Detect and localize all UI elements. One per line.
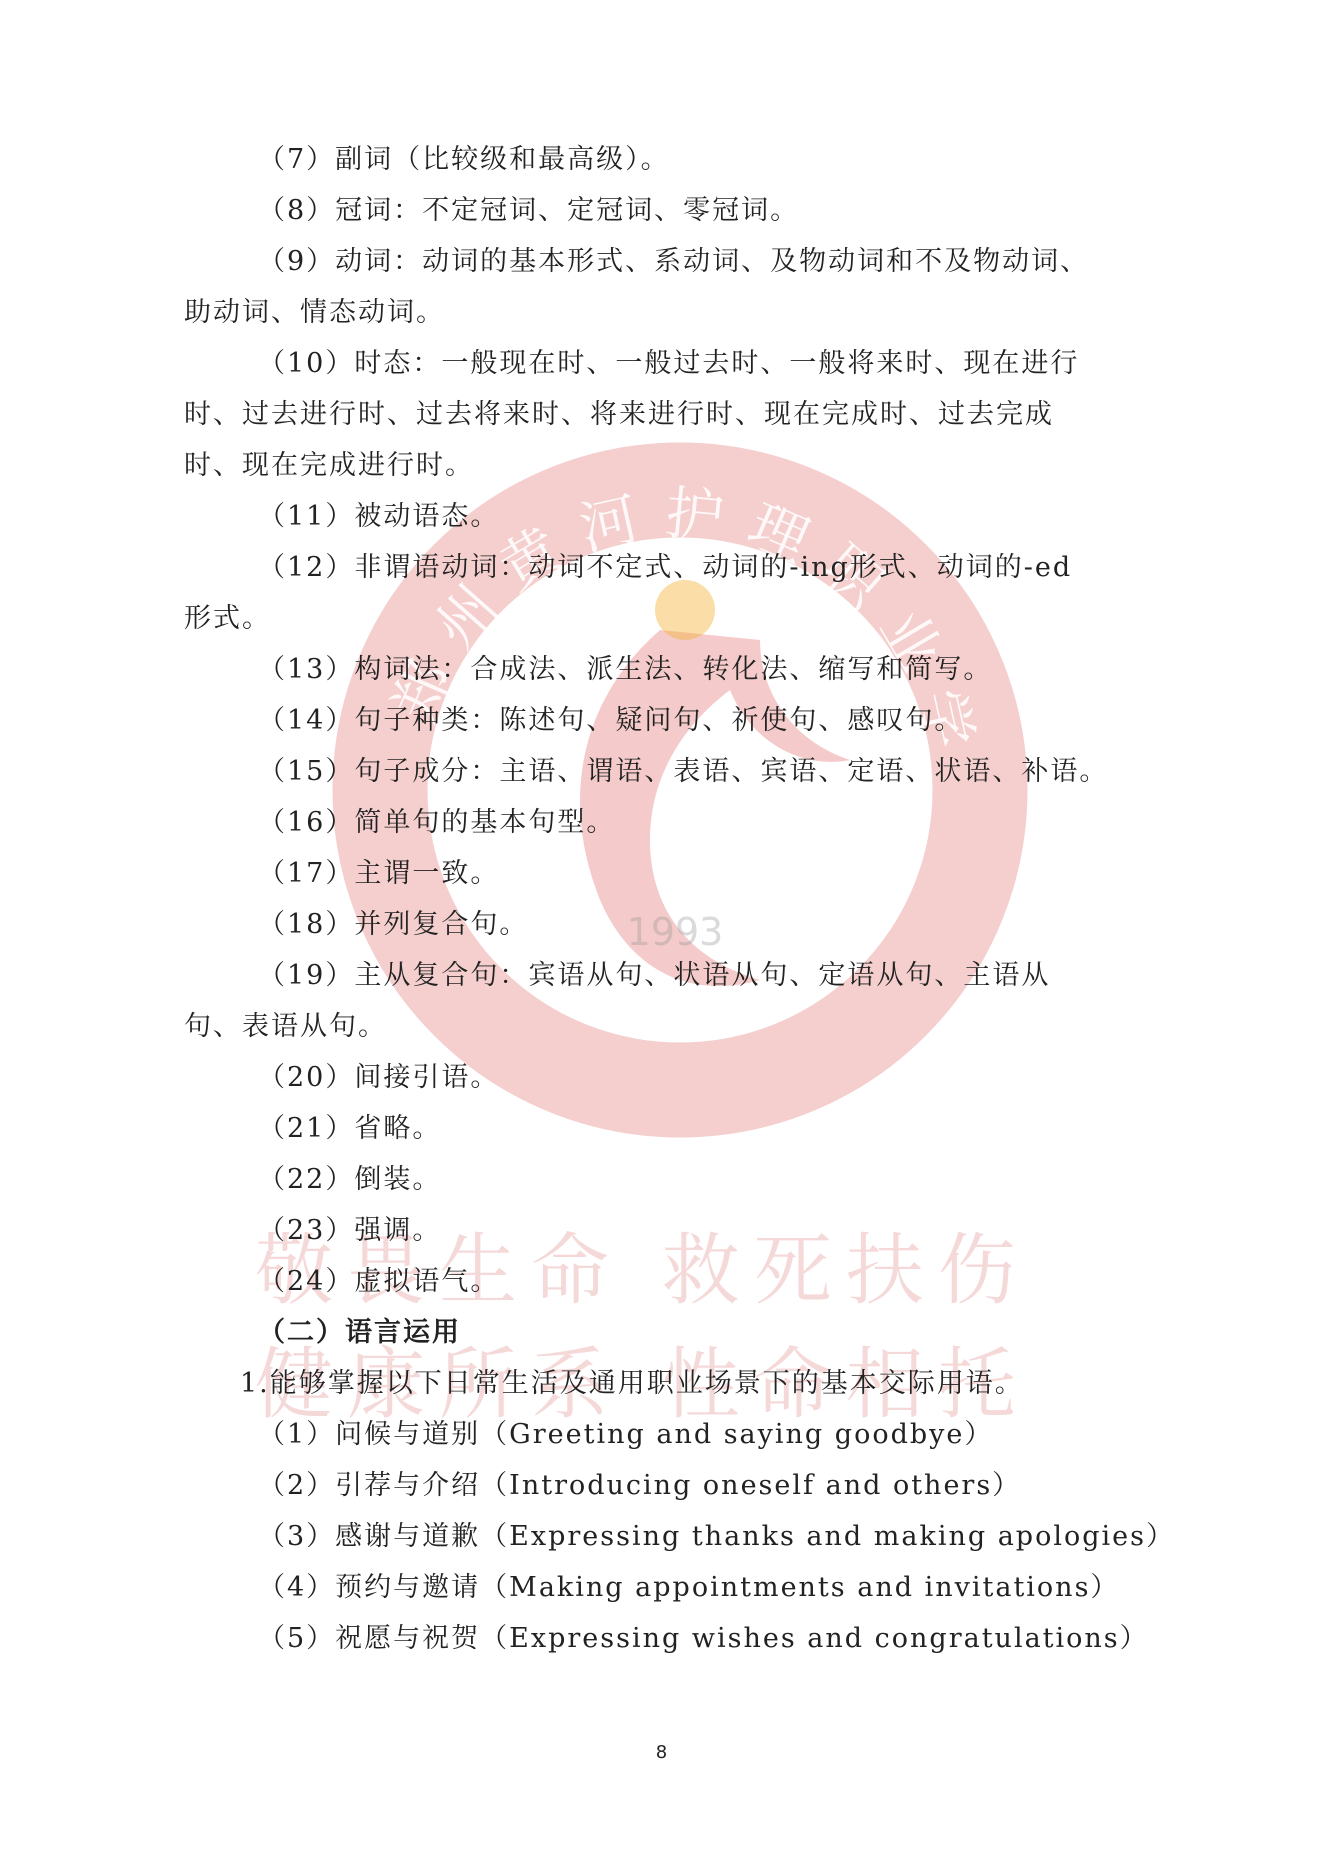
text-line: 时、过去进行时、过去将来时、将来进行时、现在完成时、过去完成: [184, 395, 1054, 435]
text-line: （4）预约与邀请（Making appointments and invitat…: [258, 1568, 1119, 1608]
text-line: （18）并列复合句。: [258, 905, 528, 945]
text-line: （20）间接引语。: [258, 1058, 499, 1098]
text-line: （22）倒装。: [258, 1160, 441, 1200]
text-line: （9）动词：动词的基本形式、系动词、及物动词和不及物动词、: [258, 242, 1089, 282]
text-line: （15）句子成分：主语、谓语、表语、宾语、定语、状语、补语。: [258, 752, 1108, 792]
text-line: （10）时态：一般现在时、一般过去时、一般将来时、现在进行: [258, 344, 1079, 384]
text-line: （5）祝愿与祝贺（Expressing wishes and congratul…: [258, 1619, 1149, 1659]
text-line: （13）构词法：合成法、派生法、转化法、缩写和简写。: [258, 650, 992, 690]
text-line: （8）冠词：不定冠词、定冠词、零冠词。: [258, 191, 799, 231]
text-line: （7）副词（比较级和最高级）。: [258, 140, 670, 180]
text-line: 时、现在完成进行时。: [184, 446, 474, 486]
text-line: 句、表语从句。: [184, 1007, 387, 1047]
text-line: （23）强调。: [258, 1211, 441, 1251]
text-line: （17）主谓一致。: [258, 854, 499, 894]
text-line: （12）非谓语动词：动词不定式、动词的-ing形式、动词的-ed: [258, 548, 1072, 588]
text-line: （19）主从复合句：宾语从句、状语从句、定语从句、主语从: [258, 956, 1050, 996]
text-line: 助动词、情态动词。: [184, 293, 445, 333]
text-line: （14）句子种类：陈述句、疑问句、祈使句、感叹句。: [258, 701, 963, 741]
text-line: （16）简单句的基本句型。: [258, 803, 615, 843]
founding-year: 1993: [627, 910, 724, 954]
text-line: （1）问候与道别（Greeting and saying goodbye）: [258, 1415, 993, 1455]
text-line: （21）省略。: [258, 1109, 441, 1149]
sun-icon: [655, 580, 715, 640]
text-line: （3）感谢与道歉（Expressing thanks and making ap…: [258, 1517, 1175, 1557]
text-line: （11）被动语态。: [258, 497, 499, 537]
text-line: （24）虚拟语气。: [258, 1262, 499, 1302]
section-heading: （二）语言运用: [258, 1313, 461, 1353]
page-number: 8: [0, 1742, 1323, 1763]
text-line: 形式。: [184, 599, 271, 639]
text-line: （2）引荐与介绍（Introducing oneself and others）: [258, 1466, 1021, 1506]
text-line: 1.能够掌握以下日常生活及通用职业场景下的基本交际用语。: [240, 1364, 1024, 1404]
